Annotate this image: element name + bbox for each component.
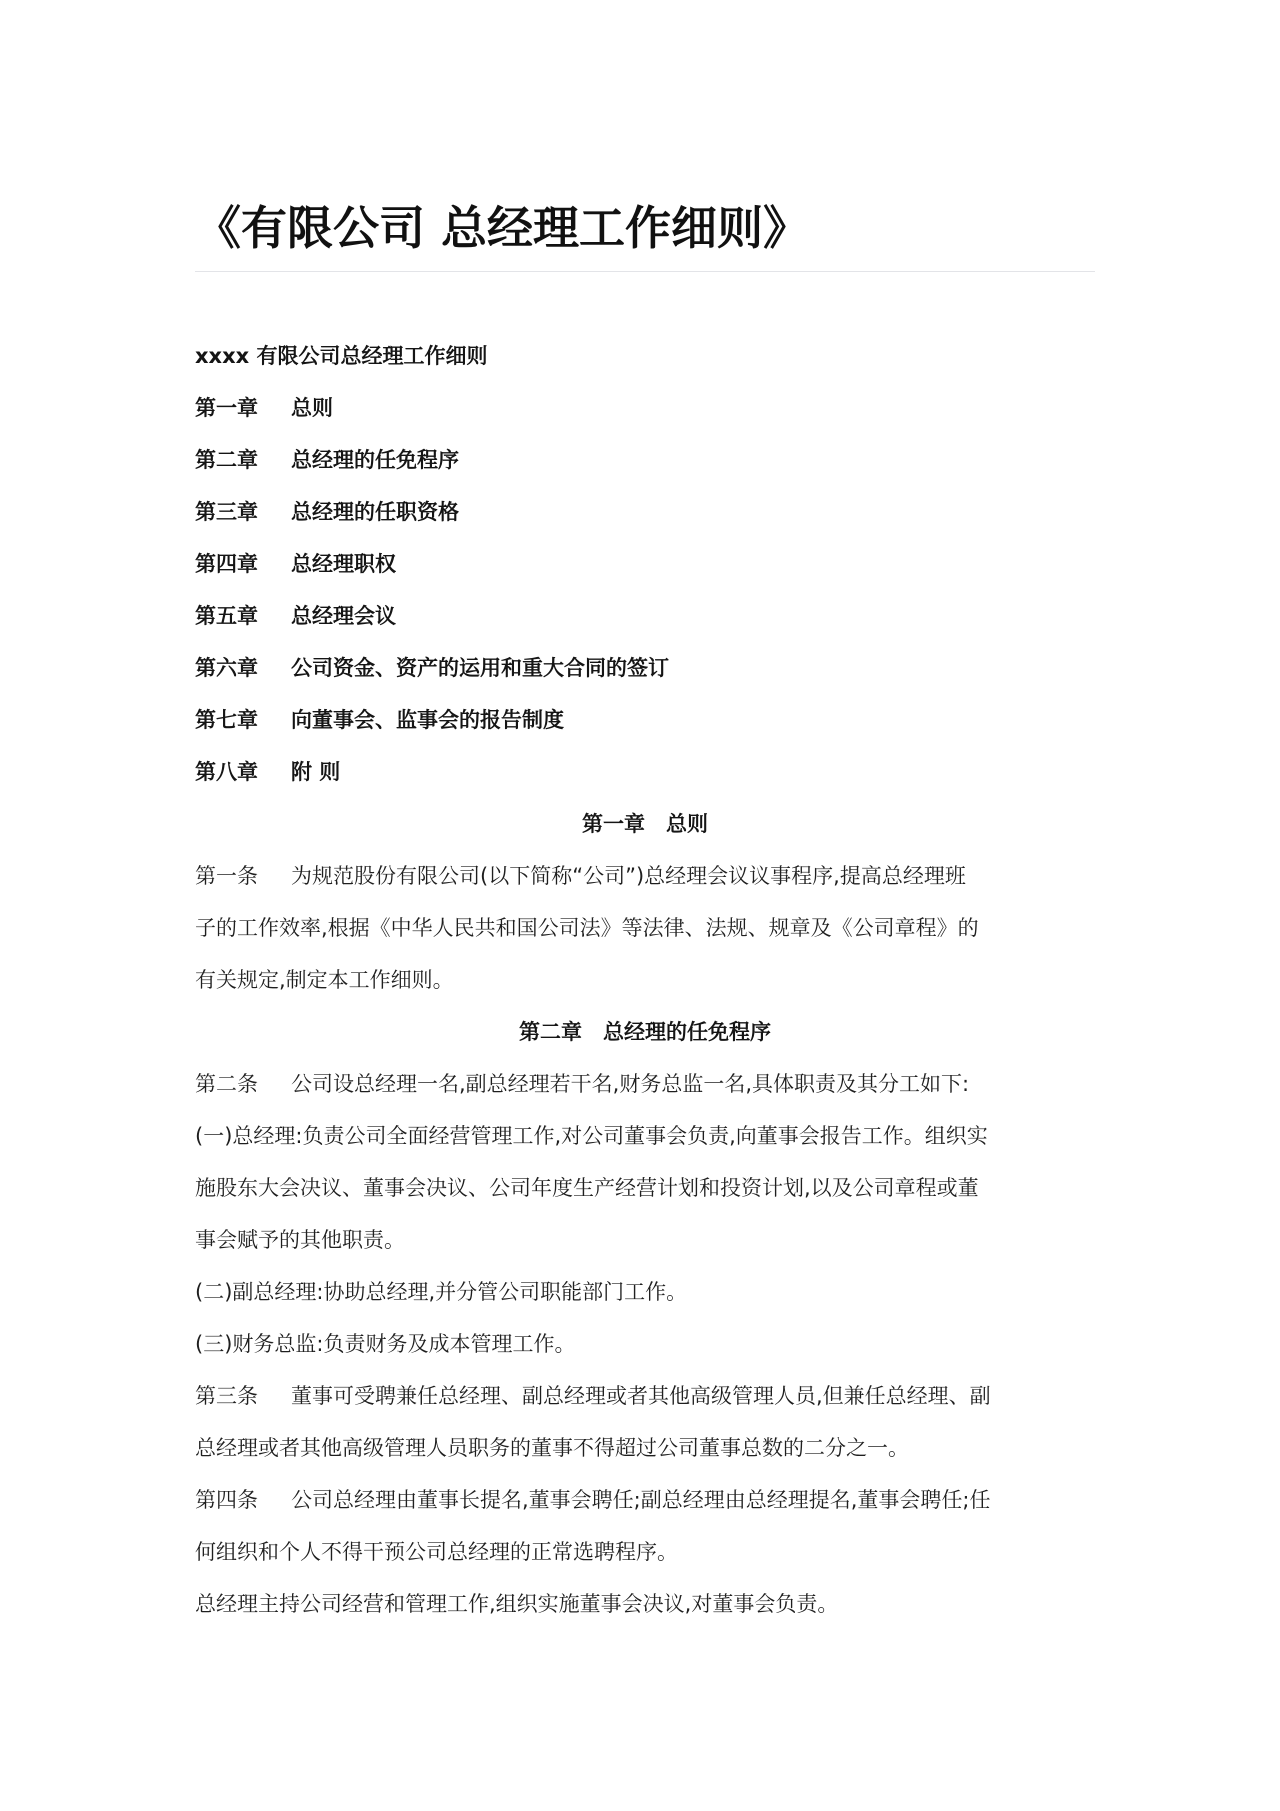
table-of-contents: 第一章总则 第二章总经理的任免程序 第三章总经理的任职资格 第四章总经理职权 第…: [195, 382, 1095, 798]
toc-chapter-number: 第二章: [195, 434, 291, 486]
chapter-heading: 第一章 总则: [195, 798, 1095, 850]
article-line: 施股东大会决议、董事会决议、公司年度生产经营计划和投资计划,以及公司章程或董: [195, 1162, 1095, 1214]
toc-item: 第二章总经理的任免程序: [195, 434, 1095, 486]
toc-chapter-name: 附 则: [291, 760, 340, 784]
article-line: 第一条为规范股份有限公司(以下简称“公司”)总经理会议议事程序,提高总经理班: [195, 850, 1095, 902]
article-number: 第三条: [195, 1370, 291, 1422]
toc-chapter-name: 总经理职权: [291, 552, 396, 576]
toc-chapter-number: 第三章: [195, 486, 291, 538]
toc-item: 第四章总经理职权: [195, 538, 1095, 590]
article-line: (三)财务总监:负责财务及成本管理工作。: [195, 1318, 1095, 1370]
article-text: 董事可受聘兼任总经理、副总经理或者其他高级管理人员,但兼任总经理、副: [291, 1384, 991, 1408]
toc-chapter-number: 第一章: [195, 382, 291, 434]
article-line: 第三条董事可受聘兼任总经理、副总经理或者其他高级管理人员,但兼任总经理、副: [195, 1370, 1095, 1422]
article-line: 第二条公司设总经理一名,副总经理若干名,财务总监一名,具体职责及其分工如下:: [195, 1058, 1095, 1110]
article-line: (一)总经理:负责公司全面经营管理工作,对公司董事会负责,向董事会报告工作。组织…: [195, 1110, 1095, 1162]
article-number: 第四条: [195, 1474, 291, 1526]
article-line: 第四条公司总经理由董事长提名,董事会聘任;副总经理由总经理提名,董事会聘任;任: [195, 1474, 1095, 1526]
toc-item: 第一章总则: [195, 382, 1095, 434]
toc-item: 第六章公司资金、资产的运用和重大合同的签订: [195, 642, 1095, 694]
toc-chapter-number: 第八章: [195, 746, 291, 798]
article-line: 何组织和个人不得干预公司总经理的正常选聘程序。: [195, 1526, 1095, 1578]
toc-chapter-number: 第六章: [195, 642, 291, 694]
article-text: 公司总经理由董事长提名,董事会聘任;副总经理由总经理提名,董事会聘任;任: [291, 1488, 991, 1512]
article-text: 为规范股份有限公司(以下简称“公司”)总经理会议议事程序,提高总经理班: [291, 864, 966, 888]
chapter-section: 第二章 总经理的任免程序 第二条公司设总经理一名,副总经理若干名,财务总监一名,…: [195, 1006, 1095, 1630]
toc-item: 第八章附 则: [195, 746, 1095, 798]
toc-chapter-name: 总经理会议: [291, 604, 396, 628]
toc-chapter-name: 总经理的任免程序: [291, 448, 459, 472]
toc-chapter-number: 第七章: [195, 694, 291, 746]
article-text: 公司设总经理一名,副总经理若干名,财务总监一名,具体职责及其分工如下:: [291, 1072, 969, 1096]
document-title: 《有限公司 总经理工作细则》: [195, 196, 809, 260]
toc-item: 第七章向董事会、监事会的报告制度: [195, 694, 1095, 746]
article-line: (二)副总经理:协助总经理,并分管公司职能部门工作。: [195, 1266, 1095, 1318]
title-divider: [195, 271, 1095, 272]
toc-chapter-name: 向董事会、监事会的报告制度: [291, 708, 564, 732]
article-line: 总经理或者其他高级管理人员职务的董事不得超过公司董事总数的二分之一。: [195, 1422, 1095, 1474]
toc-item: 第五章总经理会议: [195, 590, 1095, 642]
toc-chapter-number: 第四章: [195, 538, 291, 590]
toc-item: 第三章总经理的任职资格: [195, 486, 1095, 538]
toc-chapter-name: 公司资金、资产的运用和重大合同的签订: [291, 656, 669, 680]
article-line: 总经理主持公司经营和管理工作,组织实施董事会决议,对董事会负责。: [195, 1578, 1095, 1630]
document-subtitle: xxxx 有限公司总经理工作细则: [195, 330, 1095, 382]
article-line: 有关规定,制定本工作细则。: [195, 954, 1095, 1006]
chapter-heading: 第二章 总经理的任免程序: [195, 1006, 1095, 1058]
toc-chapter-name: 总经理的任职资格: [291, 500, 459, 524]
article-number: 第一条: [195, 850, 291, 902]
chapter-section: 第一章 总则 第一条为规范股份有限公司(以下简称“公司”)总经理会议议事程序,提…: [195, 798, 1095, 1006]
toc-chapter-name: 总则: [291, 396, 333, 420]
article-number: 第二条: [195, 1058, 291, 1110]
document-body: xxxx 有限公司总经理工作细则 第一章总则 第二章总经理的任免程序 第三章总经…: [195, 330, 1095, 1630]
toc-chapter-number: 第五章: [195, 590, 291, 642]
article-line: 事会赋予的其他职责。: [195, 1214, 1095, 1266]
article-line: 子的工作效率,根据《中华人民共和国公司法》等法律、法规、规章及《公司章程》的: [195, 902, 1095, 954]
